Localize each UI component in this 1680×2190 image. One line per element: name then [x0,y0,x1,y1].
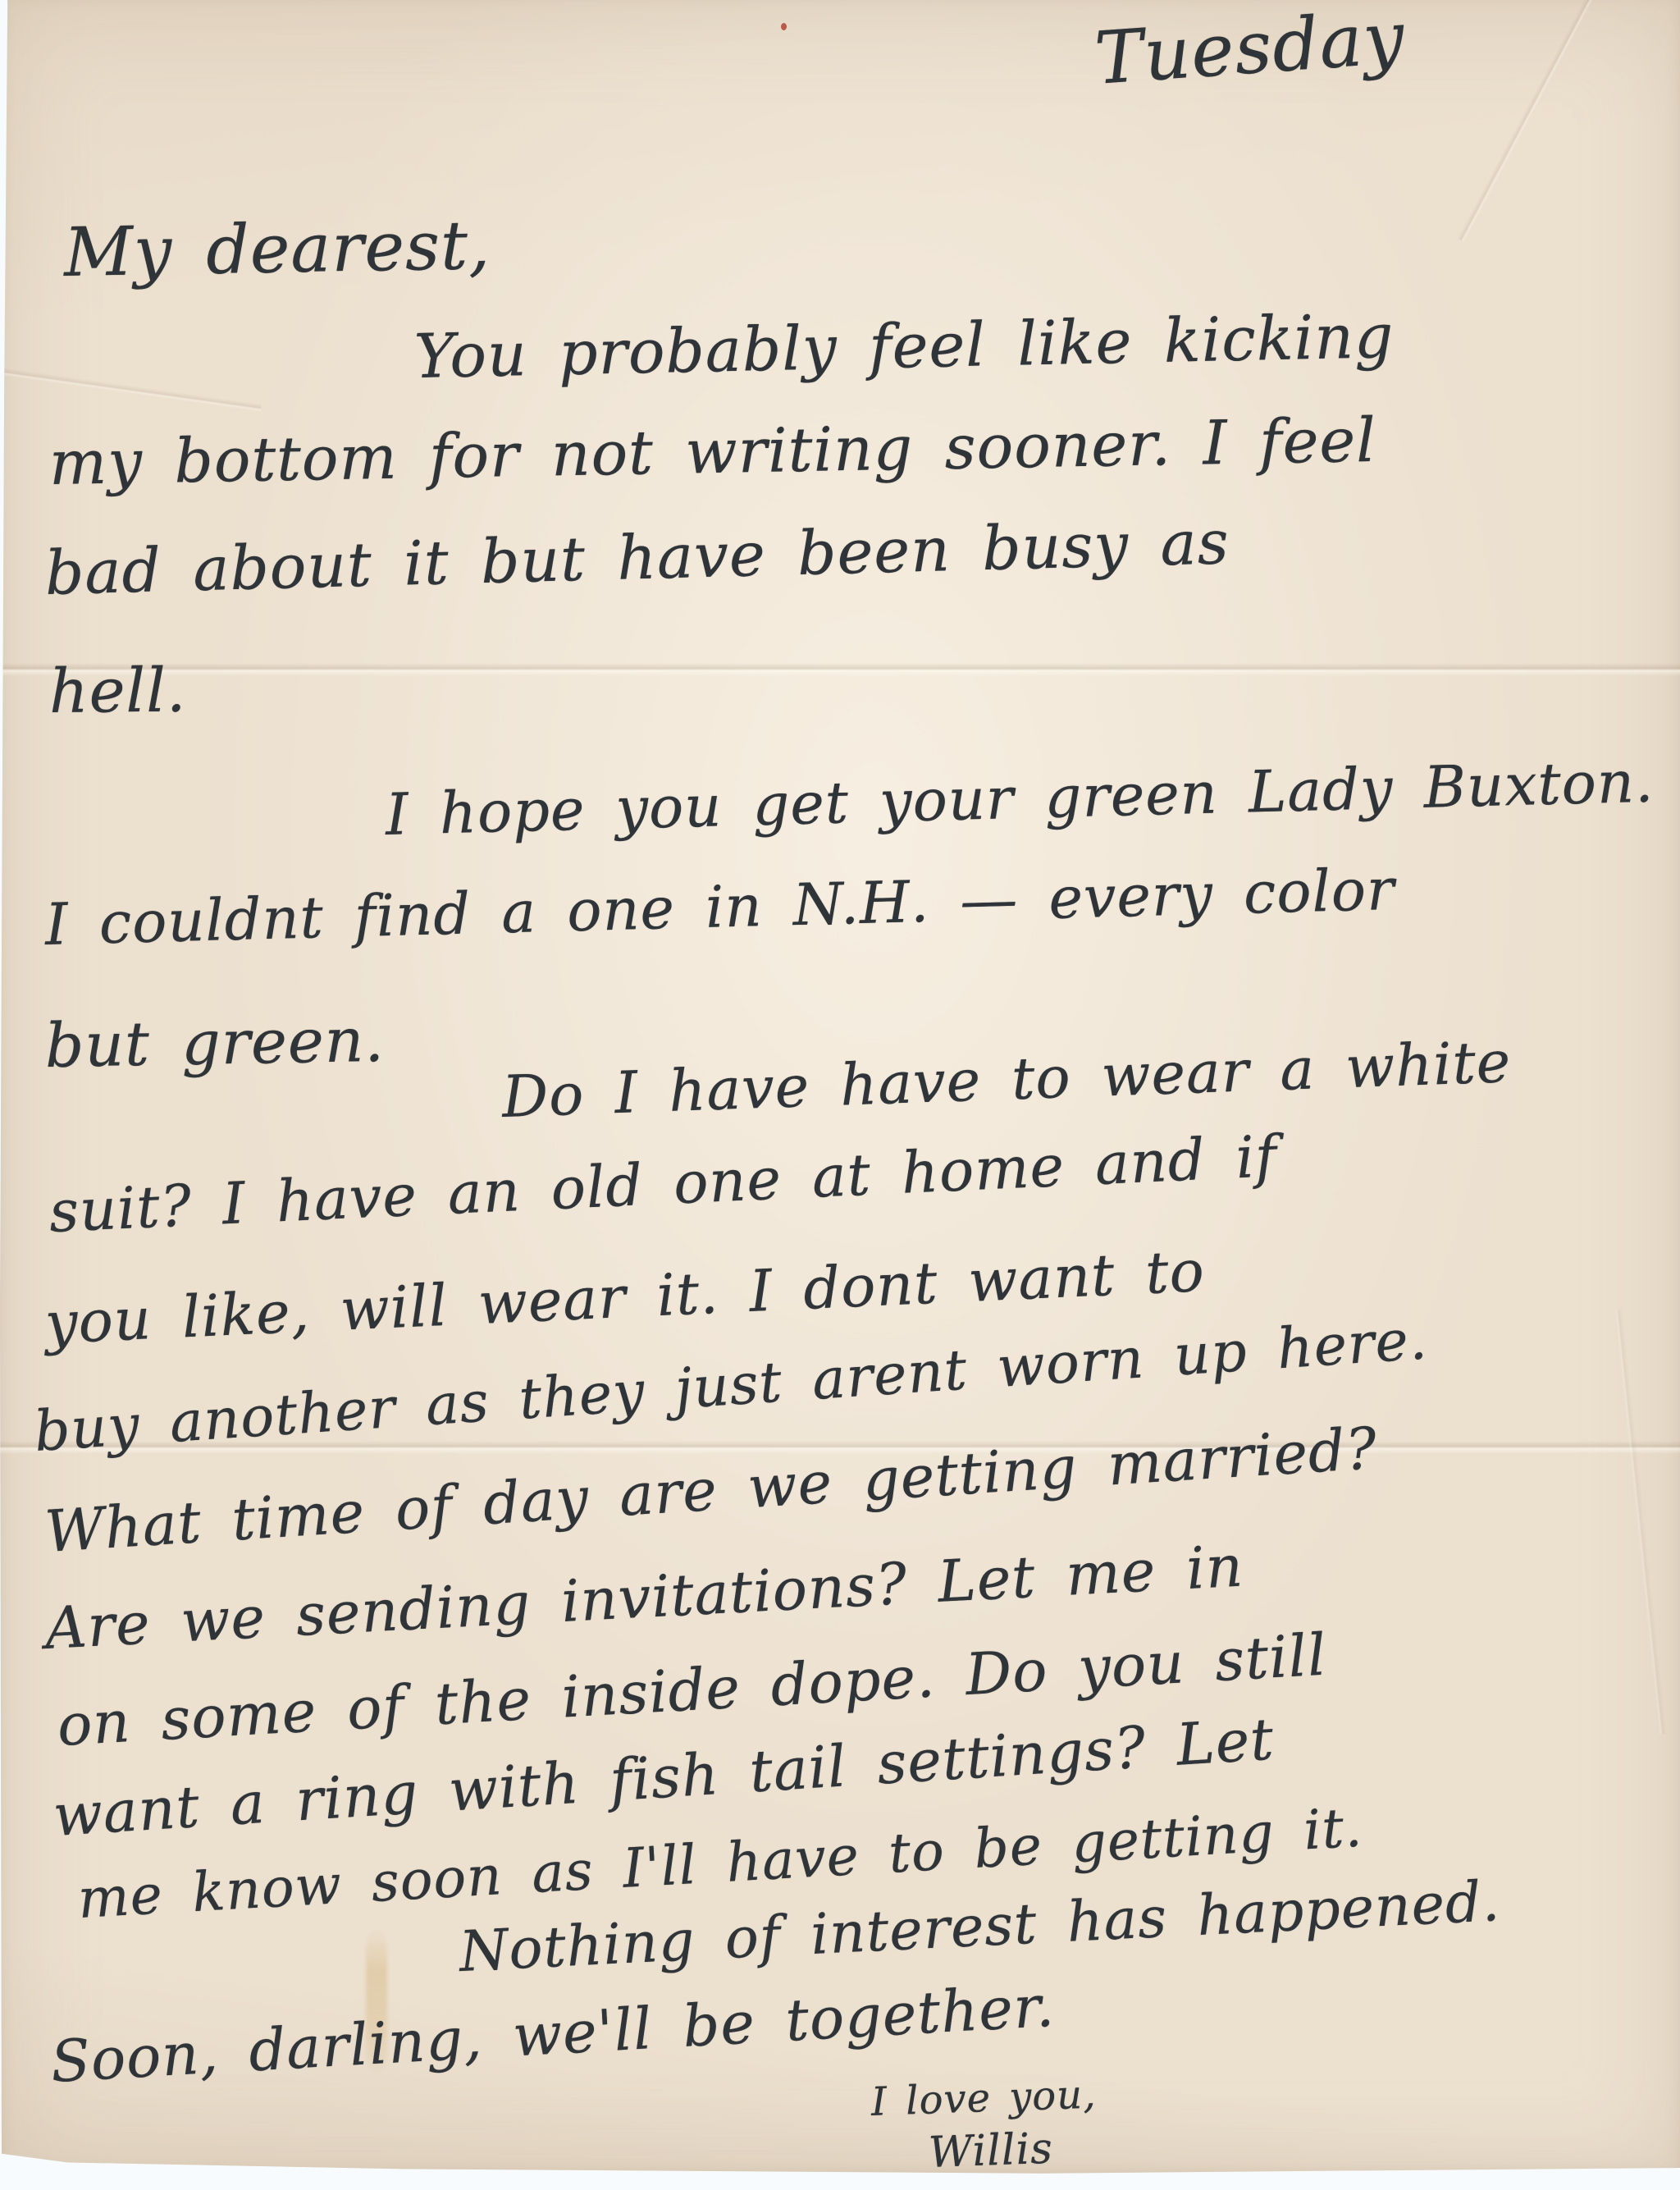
letter-line: suit? I have an old one at home and if [48,1127,1278,1241]
letter-line: my bottom for not writing sooner. I feel [48,410,1376,494]
ink-speck [781,23,787,30]
corner-crease [1457,0,1610,242]
letter-line: but green. [44,1010,385,1077]
fold-crease [0,663,1680,676]
edge-crease [1614,1310,1667,1735]
letter-line: Do I have have to wear a white [501,1033,1512,1126]
letter-line: You probably feel like kicking [413,306,1395,387]
letter-line: Soon, darling, we'll be together. [49,1977,1056,2091]
letter-salutation: My dearest, [63,213,491,287]
letter-paper: Tuesday My dearest, You probably feel li… [0,0,1680,2178]
scanned-letter: Tuesday My dearest, You probably feel li… [0,0,1680,2190]
letter-closing: I love you, [870,2074,1097,2122]
letter-line: hell. [49,661,187,722]
letter-signature: Willis [928,2128,1053,2174]
letter-date: Tuesday [1093,2,1407,95]
fold-crease [0,2173,1680,2179]
letter-line: bad about it but have been busy as [44,512,1230,604]
letter-line: I couldnt find a one in N.H. — every col… [44,861,1395,953]
letter-line: I hope you get your green Lady Buxton. [385,753,1655,844]
corner-crease [1,368,262,412]
